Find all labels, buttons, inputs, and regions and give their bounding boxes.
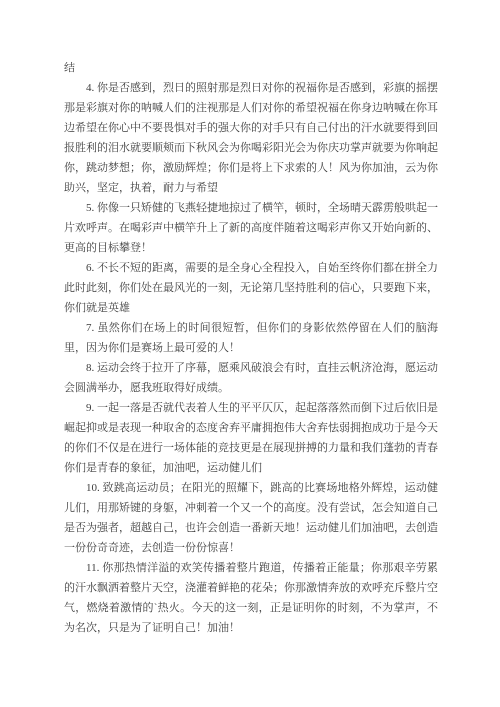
paragraph-item-5: 5. 你像一只矫健的飞燕轻捷地掠过了横竿，顿时，全场晴天霹雳般哄起一片欢呼声。在… (64, 198, 438, 258)
paragraph-item-6: 6. 不长不短的距离，需要的是全身心全程投入，自始至终你们都在拼全力此时此刻，你… (64, 258, 438, 318)
document-page: 结 4. 你是否感到，烈日的照射那是烈日对你的祝福你是否感到，彩旗的摇摆那是彩旗… (0, 0, 500, 707)
paragraph-item-9: 9. 一起一落是否就代表着人生的平平仄仄，起起落落然而倒下过后依旧是崛起抑或是表… (64, 398, 438, 478)
paragraph-item-11: 11. 你那热情洋溢的欢笑传播着整片跑道，传播着正能量；你那艰辛劳累的汗水飘洒着… (64, 558, 438, 638)
paragraph-item-4: 4. 你是否感到，烈日的照射那是烈日对你的祝福你是否感到，彩旗的摇摆那是彩旗对你… (64, 78, 438, 198)
paragraph-fragment-tail: 结 (64, 58, 438, 78)
paragraph-item-10: 10. 致跳高运动员；在阳光的照耀下，跳高的比赛场地格外辉煌，运动健儿们，用那矫… (64, 478, 438, 558)
paragraph-item-7: 7. 虽然你们在场上的时间很短暂，但你们的身影依然停留在人们的脑海里，因为你们是… (64, 318, 438, 358)
paragraph-item-8: 8. 运动会终于拉开了序幕，愿乘风破浪会有时，直挂云帆济沧海，愿运动会圆满举办，… (64, 358, 438, 398)
